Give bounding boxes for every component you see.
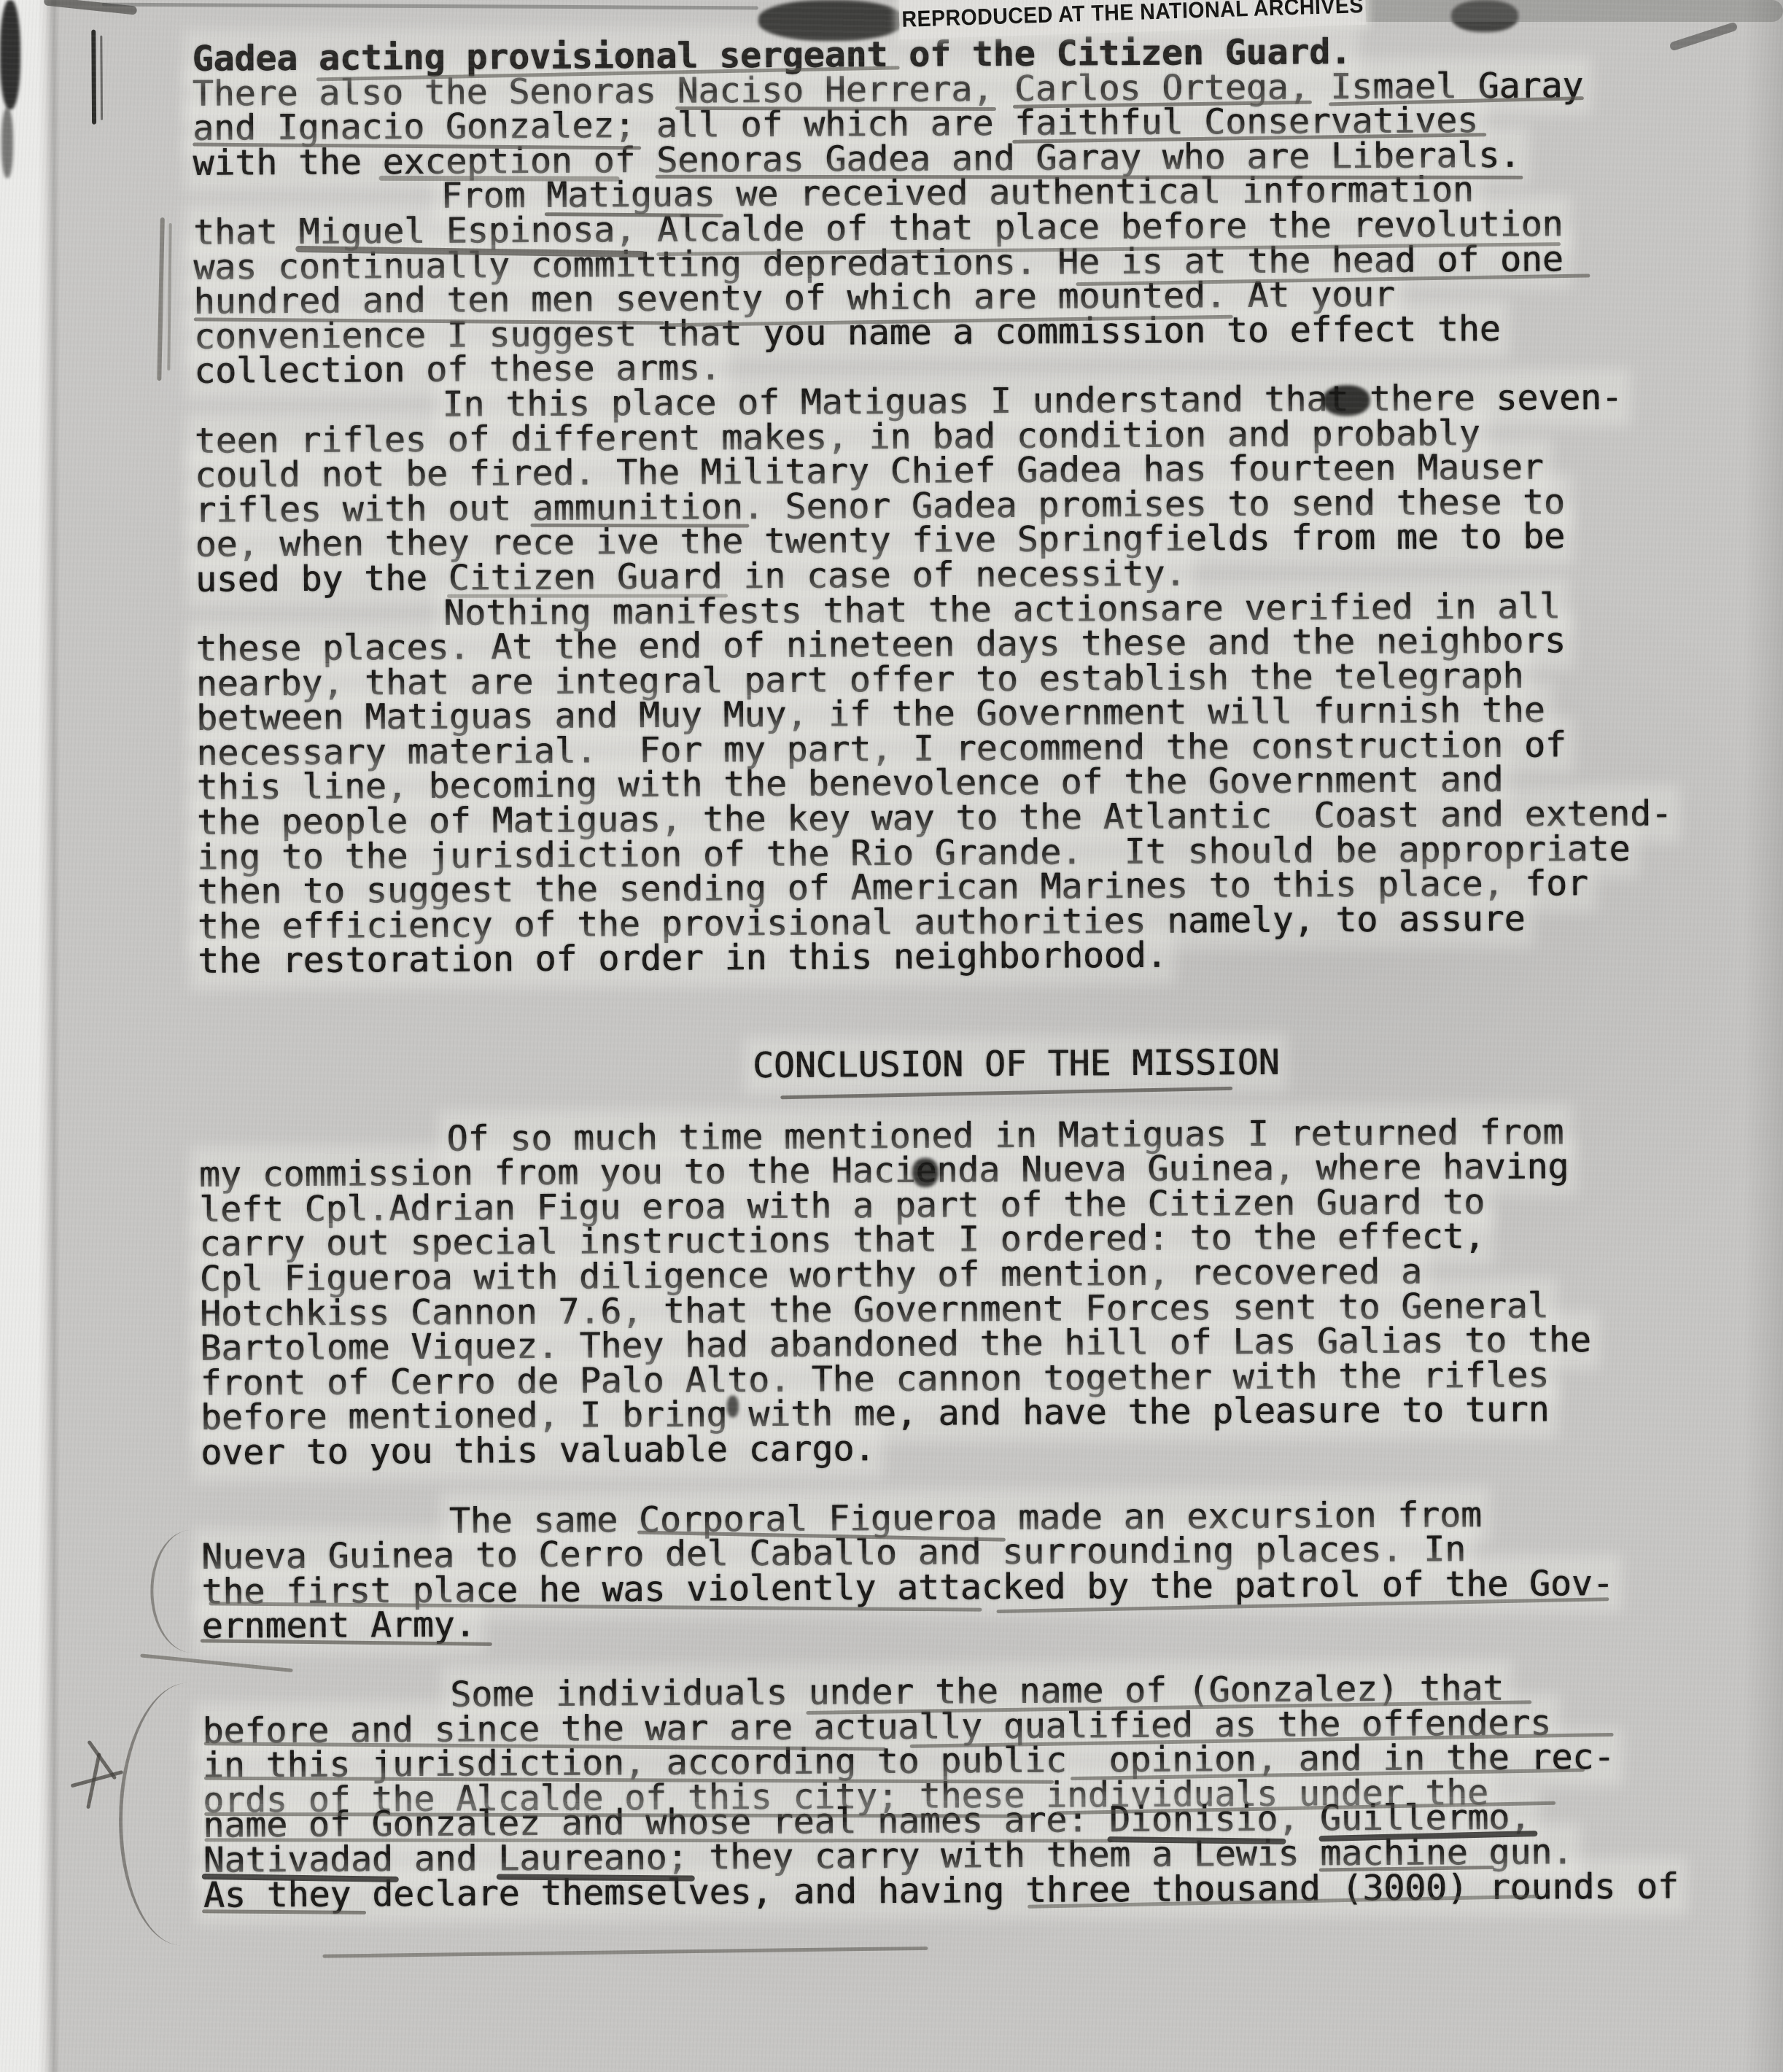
margin-line <box>91 30 96 125</box>
margin-bracket <box>115 1681 188 1945</box>
typed-line: before mentioned, I bring with me, and h… <box>201 1392 1676 1436</box>
typed-line: the first place he was violently attacke… <box>201 1566 1677 1610</box>
typed-content: Gadea acting provisional sergeant of the… <box>0 0 1783 2072</box>
underline-mark <box>322 1947 928 1958</box>
margin-line <box>157 217 164 381</box>
paragraph: From Matiguas we received authentical in… <box>193 172 1670 389</box>
margin-line <box>100 36 103 120</box>
typed-line: the restoration of order in this neighbo… <box>198 936 1673 979</box>
margin-bracket <box>150 1530 192 1653</box>
typed-text-flow: Gadea acting provisional sergeant of the… <box>192 33 1679 1912</box>
paragraph: In this place of Matiguas I understand t… <box>194 380 1671 597</box>
star-mark <box>71 1770 124 1788</box>
paragraph: Gadea acting provisional sergeant of the… <box>192 33 1668 181</box>
paragraph: Of so much time mentioned in Matiguas I … <box>198 1114 1676 1470</box>
star-mark <box>86 1753 101 1809</box>
margin-line <box>167 223 171 370</box>
star-mark <box>87 1740 117 1780</box>
section-heading: CONCLUSION OF THE MISSION <box>753 1043 1674 1083</box>
typed-line: As they declare themselves, and having t… <box>203 1869 1679 1913</box>
paragraph: The same Corporal Figueroa made an excur… <box>201 1497 1677 1645</box>
paragraph: Nothing manifests that the actionsare ve… <box>195 589 1673 979</box>
typed-line: convenience I suggest that you name a co… <box>194 311 1669 354</box>
paragraph: Some individuals under the name of (Gonz… <box>202 1670 1679 1913</box>
